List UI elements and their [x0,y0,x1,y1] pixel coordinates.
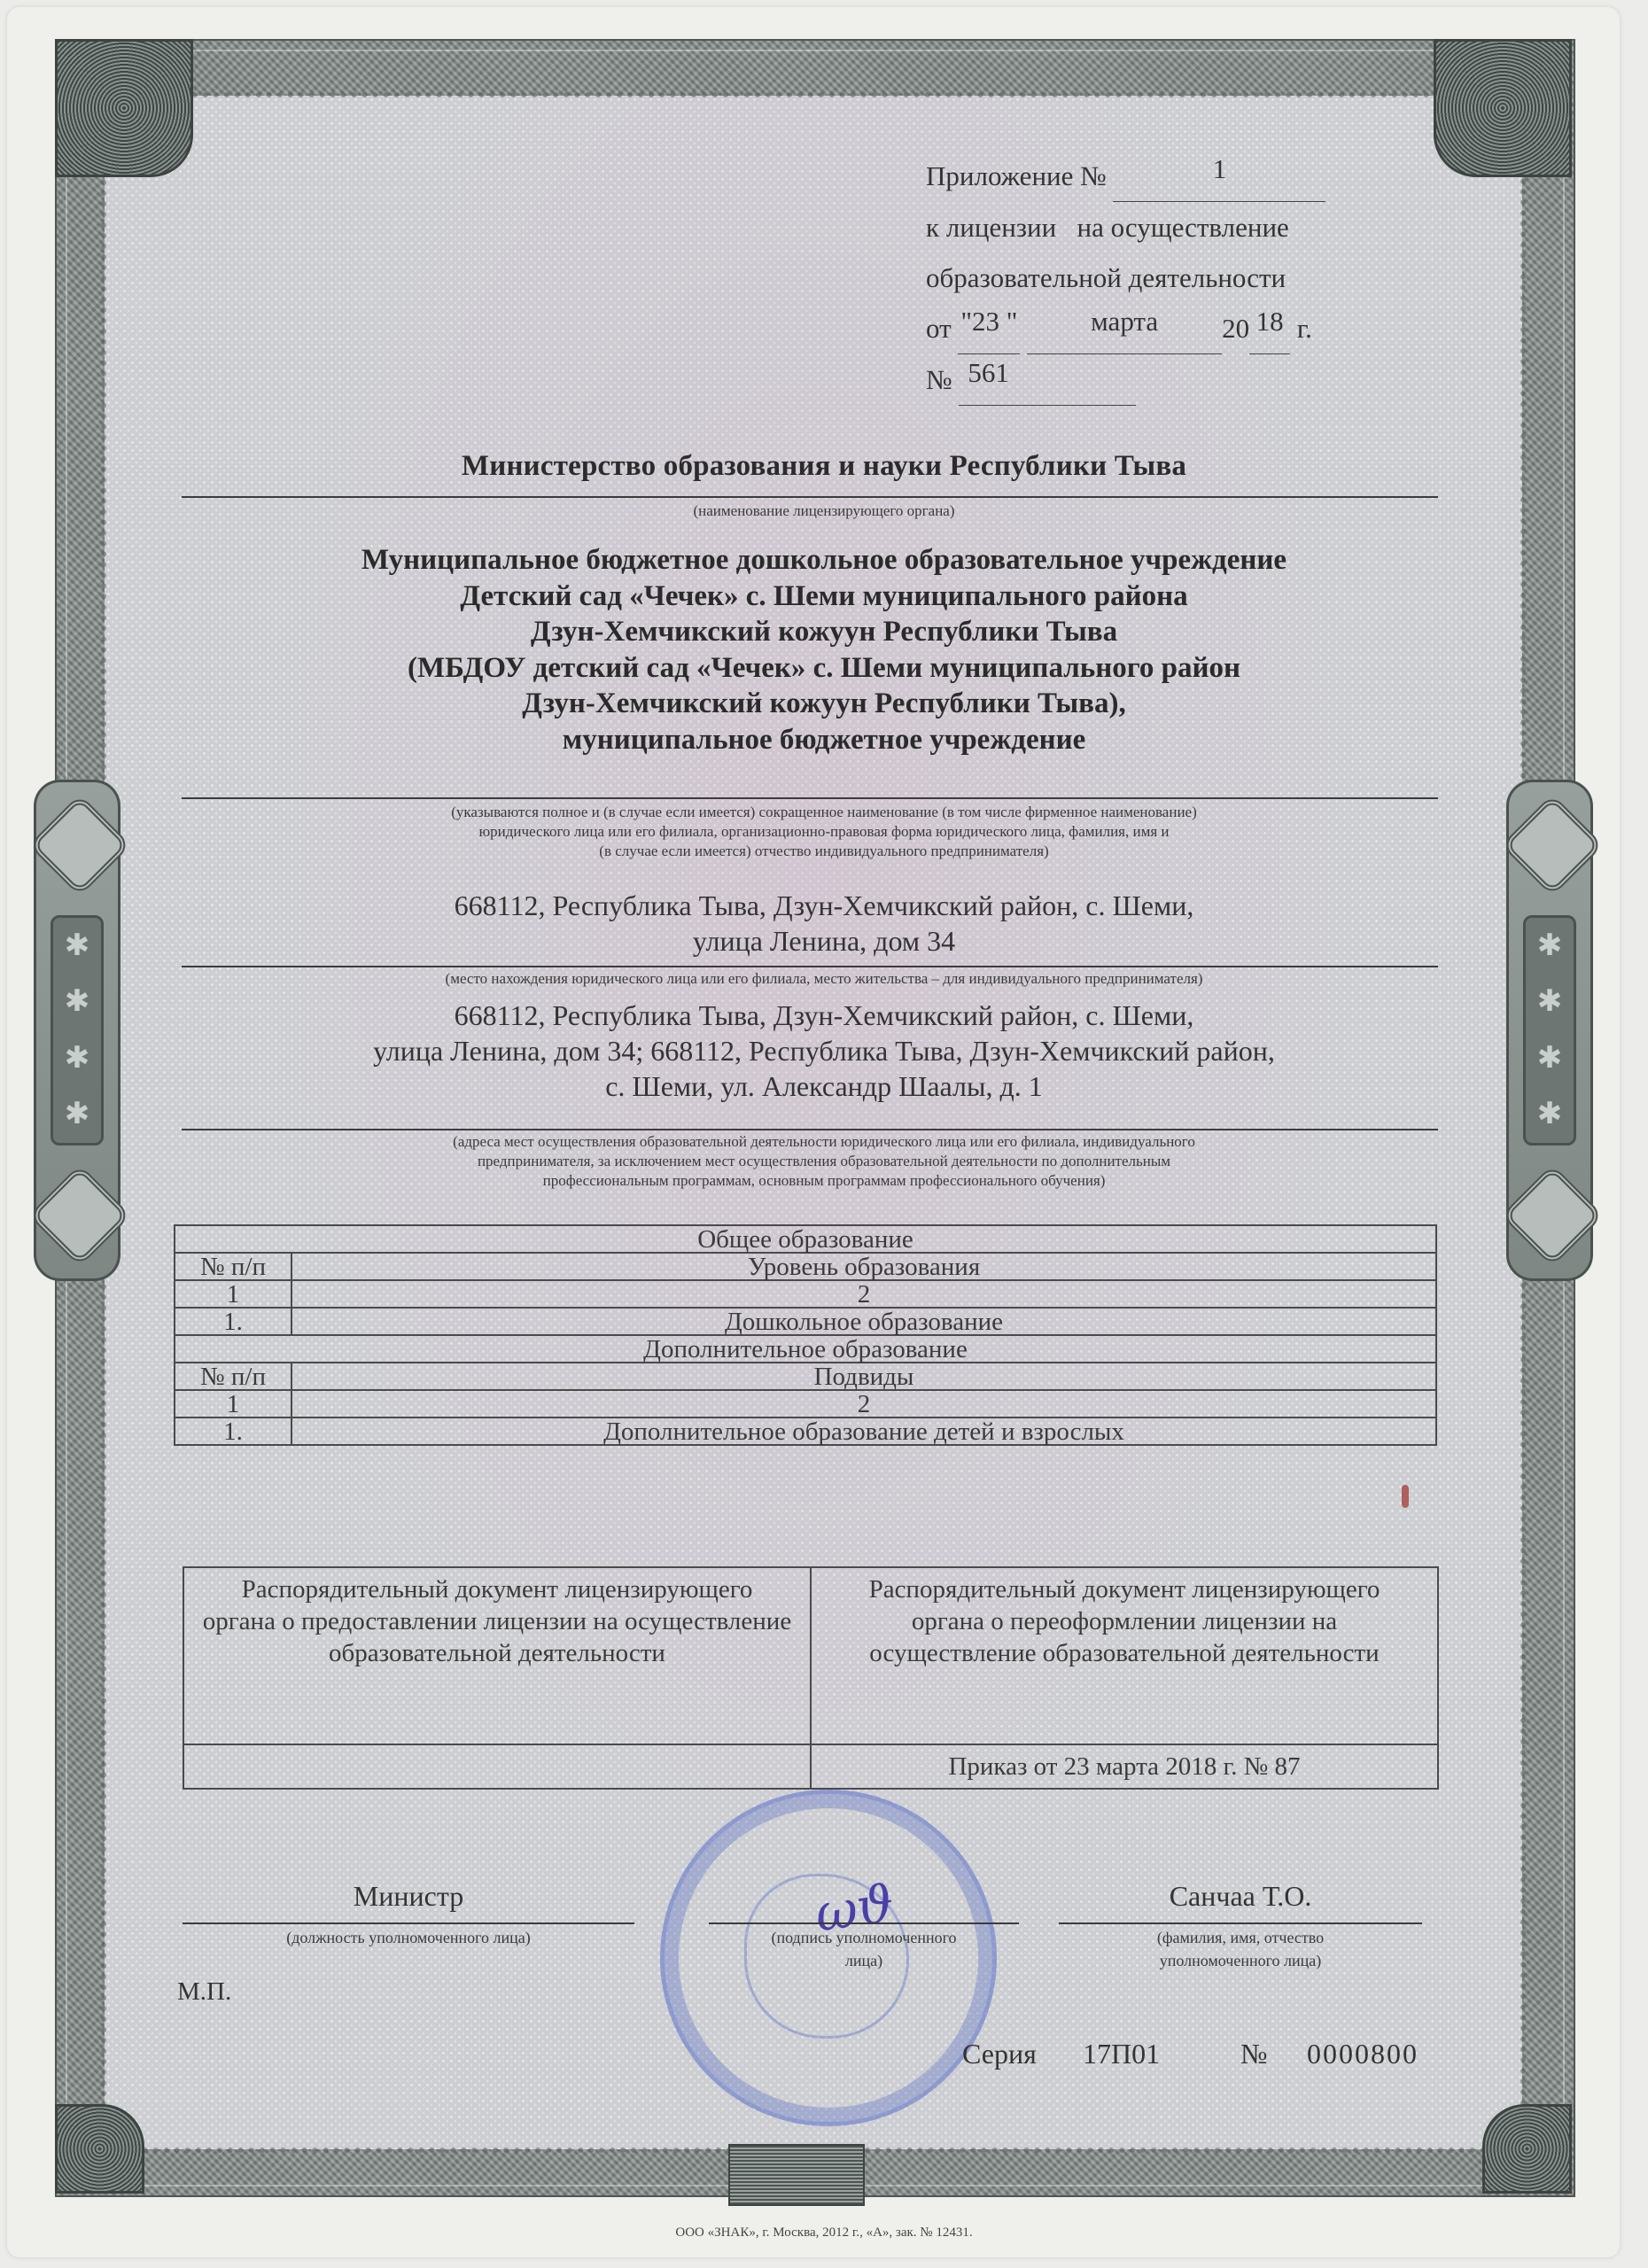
appendix-number-field: 1 [1113,151,1325,202]
caption-line: (указываются полное и (в случае если име… [0,803,1648,822]
address-line: 668112, Республика Тыва, Дзун-Хемчикский… [0,998,1648,1033]
section-title: Общее образование [175,1225,1436,1253]
license-number-row: № 561 [926,354,1387,406]
table-cell: Дополнительное образование детей и взрос… [292,1417,1436,1445]
reissue-order-header: Распорядительный документ лицензирующего… [811,1567,1438,1744]
table-cell: 1 [175,1280,292,1308]
table-row: 1. Дошкольное образование [175,1308,1436,1335]
signature-caption: (подпись уполномоченного лица) [709,1926,1019,1972]
column-header-subtypes: Подвиды [292,1363,1436,1390]
position-caption: (должность уполномоченного лица) [183,1926,634,1949]
official-name: Санчаа Т.О. [1059,1880,1422,1913]
caption-line: (фамилия, имя, отчество [1059,1926,1422,1949]
authority-rule [182,496,1438,498]
activity-addresses: 668112, Республика Тыва, Дзун-Хемчикский… [0,998,1648,1104]
series-value: 17П01 [1083,2038,1160,2070]
appendix-header: Приложение № 1 к лицензии на осуществлен… [926,151,1387,406]
form-number: 0000800 [1307,2038,1419,2070]
caption-line: (адреса мест осуществления образовательн… [0,1132,1648,1152]
series-label: Серия [962,2038,1037,2070]
organization-rule [182,797,1438,799]
caption-line: (подпись уполномоченного [709,1926,1019,1949]
organization-line: муниципальное бюджетное учреждение [0,722,1648,758]
signature-rule [709,1922,1019,1924]
caption-line: предпринимателя, за исключением мест осу… [0,1152,1648,1171]
day-value: "23 " [960,306,1017,337]
table-cell: 2 [292,1390,1436,1417]
organization-caption: (указываются полное и (в случае если име… [0,803,1648,861]
table-header-row: № п/п Подвиды [175,1363,1436,1390]
section-title: Дополнительное образование [175,1335,1436,1363]
table-cell: 2 [292,1280,1436,1308]
table-row: 1. Дополнительное образование детей и вз… [175,1417,1436,1445]
organization-line: Муниципальное бюджетное дошкольное образ… [0,542,1648,579]
name-caption: (фамилия, имя, отчество уполномоченного … [1059,1926,1422,1972]
activity-addresses-caption: (адреса мест осуществления образовательн… [0,1132,1648,1191]
stamp-place: М.П. [177,1977,231,2007]
orders-value-row: Приказ от 23 марта 2018 г. № 87 [183,1744,1438,1789]
authority-caption: (наименование лицензирующего органа) [0,501,1648,521]
authority-name: Министерство образования и науки Республ… [0,450,1648,483]
legal-address: 668112, Республика Тыва, Дзун-Хемчикский… [0,888,1648,959]
appendix-line-2: к лицензии на осуществление [926,202,1387,252]
education-table: Общее образование № п/п Уровень образова… [174,1224,1437,1446]
caption-line: (в случае если имеется) отчество индивид… [0,842,1648,861]
organization-line: Детский сад «Чечек» с. Шеми муниципально… [0,579,1648,615]
address-line: улица Ленина, дом 34 [0,923,1648,959]
appendix-number-row: Приложение № 1 [926,151,1387,202]
table-header-row: № п/п Уровень образования [175,1253,1436,1280]
appendix-number: 1 [1213,153,1227,184]
year-field: 18 [1249,303,1290,354]
stain-mark [1402,1485,1409,1508]
caption-line: уполномоченного лица) [1059,1949,1422,1972]
caption-line: юридического лица или его филиала, орган… [0,822,1648,842]
section-title-row: Общее образование [175,1225,1436,1253]
table-cell: 1. [175,1417,292,1445]
table-cell: Дошкольное образование [292,1308,1436,1335]
appendix-date-row: от "23 " марта2018 г. [926,303,1387,354]
year-end: г. [1297,313,1312,344]
activity-addresses-rule [182,1129,1438,1130]
column-header-number: № п/п [175,1253,292,1280]
form-number-label: № [1240,2038,1268,2070]
organization-line: (МБДОУ детский сад «Чечек» с. Шеми муниц… [0,650,1648,687]
appendix-line-3: образовательной деятельности [926,252,1387,303]
address-line: с. Шеми, ул. Александр Шаалы, д. 1 [0,1068,1648,1104]
day-field: "23 " [958,303,1020,354]
table-index-row: 1 2 [175,1390,1436,1417]
month-value: марта [1091,306,1158,337]
table-cell: 1 [175,1390,292,1417]
name-rule [1059,1922,1422,1924]
address-line: улица Ленина, дом 34; 668112, Республика… [0,1033,1648,1068]
position-rule [183,1922,634,1924]
column-header-level: Уровень образования [292,1253,1436,1280]
printer-imprint: ООО «ЗНАК», г. Москва, 2012 г., «А», зак… [0,2225,1648,2241]
official-position: Министр [183,1880,634,1913]
address-line: 668112, Республика Тыва, Дзун-Хемчикский… [0,888,1648,923]
table-cell: 1. [175,1308,292,1335]
license-number-field: 561 [959,354,1136,406]
year-suffix: 18 [1256,306,1284,337]
table-index-row: 1 2 [175,1280,1436,1308]
legal-address-caption: (место нахождения юридического лица или … [0,969,1648,989]
document-content: Приложение № 1 к лицензии на осуществлен… [0,0,1648,2268]
year-prefix: 20 [1222,313,1249,344]
column-header-number: № п/п [175,1363,292,1390]
appendix-label: Приложение № [926,160,1107,191]
organization-name: Муниципальное бюджетное дошкольное образ… [0,542,1648,757]
grant-order-value [183,1744,811,1789]
orders-table: Распорядительный документ лицензирующего… [183,1566,1439,1790]
date-prefix: от [926,313,952,344]
license-number: 561 [968,357,1009,388]
organization-line: Дзун-Хемчикский кожуун Республики Тыва [0,614,1648,650]
license-number-label: № [926,364,952,395]
caption-line: лица) [709,1949,1019,1972]
month-field: марта [1027,303,1222,354]
organization-line: Дзун-Хемчикский кожуун Республики Тыва), [0,686,1648,722]
legal-address-rule [182,966,1438,967]
section-title-row: Дополнительное образование [175,1335,1436,1363]
grant-order-header: Распорядительный документ лицензирующего… [183,1567,811,1744]
caption-line: профессиональным программам, основным пр… [0,1171,1648,1191]
reissue-order-value: Приказ от 23 марта 2018 г. № 87 [811,1744,1438,1789]
orders-header-row: Распорядительный документ лицензирующего… [183,1567,1438,1744]
